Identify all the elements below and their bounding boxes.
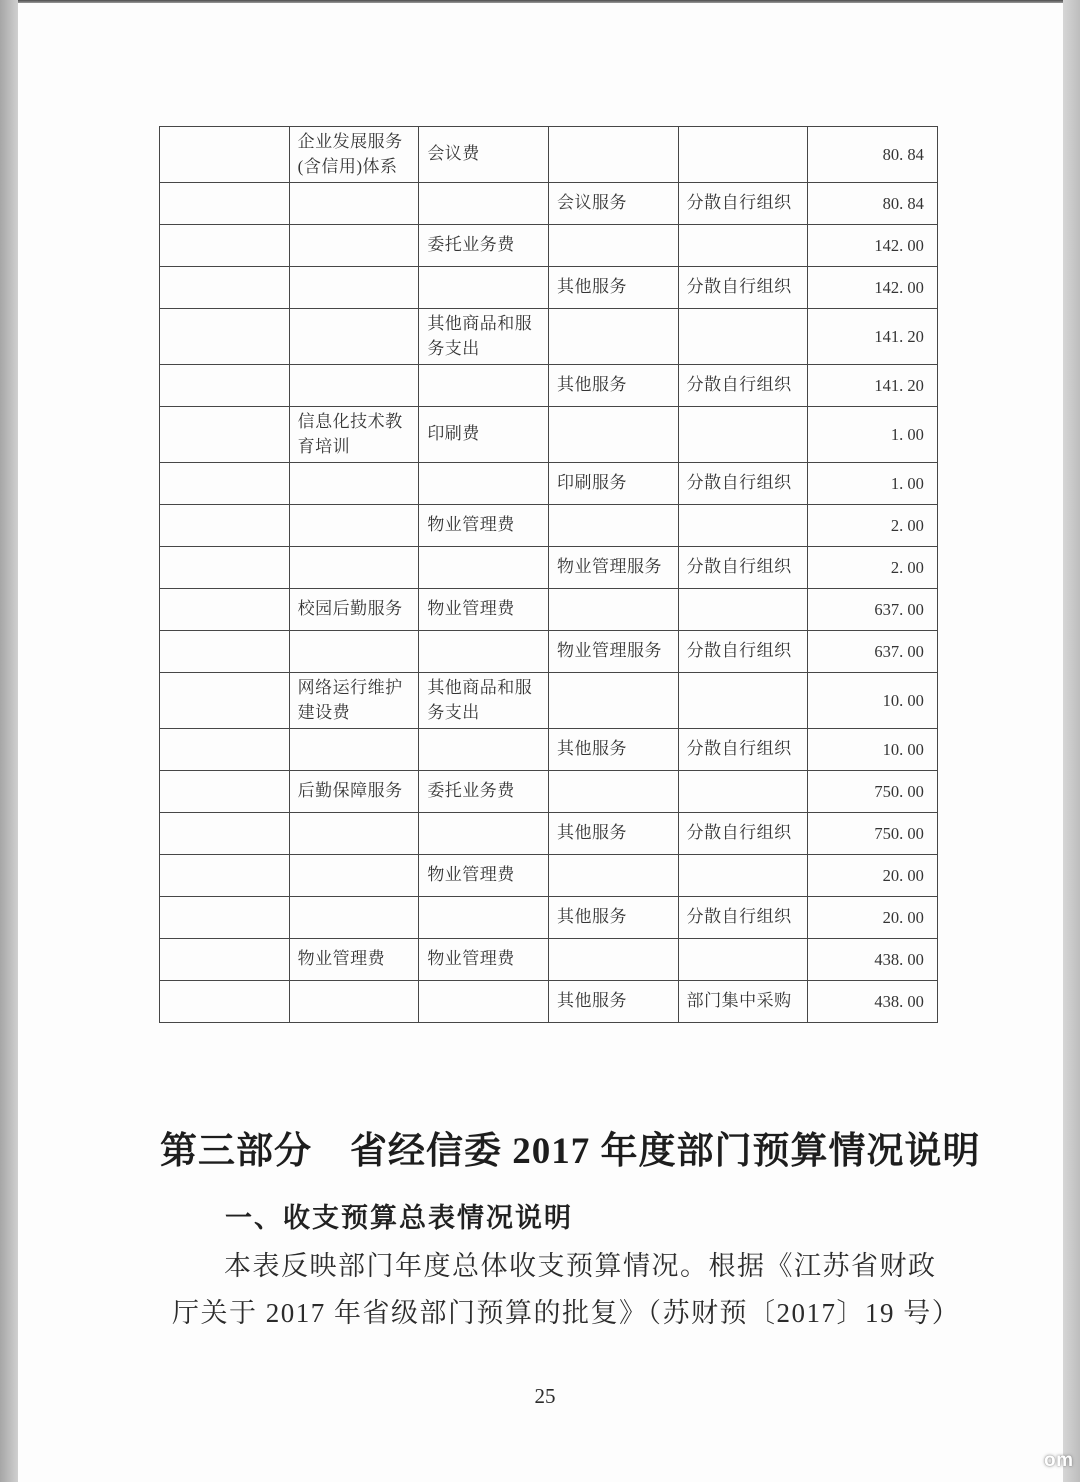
table-cell bbox=[289, 729, 419, 771]
table-cell bbox=[678, 407, 808, 463]
table-cell: 其他商品和服 务支出 bbox=[419, 673, 549, 729]
budget-table-body: 企业发展服务 (含信用)体系会议费80. 84会议服务分散自行组织80. 84委… bbox=[160, 127, 938, 1023]
table-cell bbox=[548, 673, 678, 729]
paragraph-line-2: 厅关于 2017 年省级部门预算的批复》（苏财预〔2017〕19 号） bbox=[172, 1290, 938, 1337]
watermark-text-fragment: om bbox=[1044, 1450, 1074, 1472]
table-row: 校园后勤服务物业管理费637. 00 bbox=[160, 589, 938, 631]
table-cell bbox=[419, 267, 549, 309]
table-cell bbox=[419, 897, 549, 939]
table-cell: 141. 20 bbox=[808, 365, 938, 407]
table-row: 后勤保障服务委托业务费750. 00 bbox=[160, 771, 938, 813]
table-cell: 750. 00 bbox=[808, 771, 938, 813]
table-cell: 142. 00 bbox=[808, 225, 938, 267]
table-cell: 分散自行组织 bbox=[678, 813, 808, 855]
table-cell bbox=[289, 365, 419, 407]
table-cell: 物业管理费 bbox=[289, 939, 419, 981]
table-cell: 分散自行组织 bbox=[678, 463, 808, 505]
table-cell bbox=[160, 981, 290, 1023]
table-cell bbox=[289, 981, 419, 1023]
table-cell bbox=[160, 127, 290, 183]
table-cell bbox=[160, 225, 290, 267]
table-cell bbox=[160, 897, 290, 939]
table-row: 其他商品和服 务支出141. 20 bbox=[160, 309, 938, 365]
table-cell bbox=[419, 463, 549, 505]
table-cell bbox=[419, 547, 549, 589]
table-cell: 141. 20 bbox=[808, 309, 938, 365]
table-cell: 其他服务 bbox=[548, 897, 678, 939]
table-row: 物业管理服务分散自行组织637. 00 bbox=[160, 631, 938, 673]
table-cell: 物业管理服务 bbox=[548, 547, 678, 589]
table-row: 物业管理费20. 00 bbox=[160, 855, 938, 897]
table-cell bbox=[678, 589, 808, 631]
table-cell: 分散自行组织 bbox=[678, 547, 808, 589]
document-page: 企业发展服务 (含信用)体系会议费80. 84会议服务分散自行组织80. 84委… bbox=[0, 0, 1080, 1482]
table-cell: 其他服务 bbox=[548, 365, 678, 407]
table-cell bbox=[678, 127, 808, 183]
table-cell bbox=[678, 673, 808, 729]
table-cell bbox=[160, 855, 290, 897]
table-cell bbox=[160, 589, 290, 631]
table-cell: 分散自行组织 bbox=[678, 897, 808, 939]
table-cell bbox=[160, 673, 290, 729]
table-row: 物业管理服务分散自行组织2. 00 bbox=[160, 547, 938, 589]
table-cell: 委托业务费 bbox=[419, 225, 549, 267]
budget-table: 企业发展服务 (含信用)体系会议费80. 84会议服务分散自行组织80. 84委… bbox=[159, 126, 938, 1023]
table-cell bbox=[548, 505, 678, 547]
table-cell bbox=[419, 183, 549, 225]
table-cell bbox=[678, 939, 808, 981]
table-cell bbox=[160, 771, 290, 813]
table-cell bbox=[419, 631, 549, 673]
table-row: 物业管理费物业管理费438. 00 bbox=[160, 939, 938, 981]
table-cell: 印刷费 bbox=[419, 407, 549, 463]
table-cell bbox=[160, 463, 290, 505]
table-cell: 其他商品和服 务支出 bbox=[419, 309, 549, 365]
table-cell bbox=[160, 407, 290, 463]
table-cell: 信息化技术教 育培训 bbox=[289, 407, 419, 463]
table-cell bbox=[548, 225, 678, 267]
table-cell: 分散自行组织 bbox=[678, 631, 808, 673]
table-cell bbox=[548, 407, 678, 463]
table-cell: 部门集中采购 bbox=[678, 981, 808, 1023]
table-cell bbox=[419, 365, 549, 407]
table-cell: 物业管理费 bbox=[419, 939, 549, 981]
table-cell bbox=[289, 897, 419, 939]
scan-edge-left bbox=[0, 0, 18, 1482]
table-cell: 80. 84 bbox=[808, 127, 938, 183]
table-cell: 637. 00 bbox=[808, 589, 938, 631]
table-cell bbox=[289, 309, 419, 365]
table-cell bbox=[160, 365, 290, 407]
table-cell: 10. 00 bbox=[808, 673, 938, 729]
table-cell: 1. 00 bbox=[808, 407, 938, 463]
table-cell: 438. 00 bbox=[808, 981, 938, 1023]
table-cell: 分散自行组织 bbox=[678, 365, 808, 407]
table-cell: 物业管理费 bbox=[419, 505, 549, 547]
table-cell bbox=[289, 855, 419, 897]
table-cell: 会议费 bbox=[419, 127, 549, 183]
table-cell: 物业管理费 bbox=[419, 855, 549, 897]
table-cell bbox=[548, 939, 678, 981]
table-row: 会议服务分散自行组织80. 84 bbox=[160, 183, 938, 225]
table-cell bbox=[160, 267, 290, 309]
table-cell: 会议服务 bbox=[548, 183, 678, 225]
table-cell bbox=[289, 813, 419, 855]
table-cell bbox=[289, 183, 419, 225]
table-cell bbox=[289, 463, 419, 505]
table-cell: 分散自行组织 bbox=[678, 183, 808, 225]
table-cell bbox=[419, 813, 549, 855]
table-row: 其他服务部门集中采购438. 00 bbox=[160, 981, 938, 1023]
table-cell: 其他服务 bbox=[548, 981, 678, 1023]
table-cell bbox=[419, 981, 549, 1023]
table-row: 企业发展服务 (含信用)体系会议费80. 84 bbox=[160, 127, 938, 183]
table-cell: 637. 00 bbox=[808, 631, 938, 673]
table-cell: 1. 00 bbox=[808, 463, 938, 505]
table-cell: 委托业务费 bbox=[419, 771, 549, 813]
table-cell: 网络运行维护 建设费 bbox=[289, 673, 419, 729]
table-row: 其他服务分散自行组织142. 00 bbox=[160, 267, 938, 309]
table-cell bbox=[548, 309, 678, 365]
table-row: 其他服务分散自行组织20. 00 bbox=[160, 897, 938, 939]
table-cell bbox=[160, 729, 290, 771]
table-cell bbox=[678, 771, 808, 813]
table-cell: 80. 84 bbox=[808, 183, 938, 225]
table-cell: 分散自行组织 bbox=[678, 267, 808, 309]
table-cell bbox=[678, 505, 808, 547]
table-cell bbox=[678, 855, 808, 897]
table-cell: 分散自行组织 bbox=[678, 729, 808, 771]
table-cell bbox=[419, 729, 549, 771]
table-cell bbox=[160, 309, 290, 365]
table-cell bbox=[548, 855, 678, 897]
table-cell: 2. 00 bbox=[808, 547, 938, 589]
table-row: 其他服务分散自行组织141. 20 bbox=[160, 365, 938, 407]
table-cell: 438. 00 bbox=[808, 939, 938, 981]
section-subtitle: 一、收支预算总表情况说明 bbox=[225, 1196, 573, 1235]
table-row: 信息化技术教 育培训印刷费1. 00 bbox=[160, 407, 938, 463]
table-cell: 其他服务 bbox=[548, 729, 678, 771]
table-row: 其他服务分散自行组织750. 00 bbox=[160, 813, 938, 855]
table-cell: 20. 00 bbox=[808, 897, 938, 939]
table-cell: 校园后勤服务 bbox=[289, 589, 419, 631]
table-cell bbox=[289, 267, 419, 309]
table-cell bbox=[289, 547, 419, 589]
table-cell: 20. 00 bbox=[808, 855, 938, 897]
table-cell bbox=[160, 813, 290, 855]
table-cell: 其他服务 bbox=[548, 813, 678, 855]
table-row: 其他服务分散自行组织10. 00 bbox=[160, 729, 938, 771]
table-cell bbox=[548, 589, 678, 631]
table-row: 印刷服务分散自行组织1. 00 bbox=[160, 463, 938, 505]
page-number: 25 bbox=[156, 1384, 934, 1409]
table-cell bbox=[160, 505, 290, 547]
table-cell: 印刷服务 bbox=[548, 463, 678, 505]
table-cell bbox=[678, 309, 808, 365]
table-cell bbox=[289, 505, 419, 547]
table-cell: 10. 00 bbox=[808, 729, 938, 771]
table-cell: 2. 00 bbox=[808, 505, 938, 547]
table-cell bbox=[289, 225, 419, 267]
table-cell bbox=[289, 631, 419, 673]
table-row: 网络运行维护 建设费其他商品和服 务支出10. 00 bbox=[160, 673, 938, 729]
table-cell bbox=[160, 631, 290, 673]
table-row: 委托业务费142. 00 bbox=[160, 225, 938, 267]
table-cell bbox=[160, 183, 290, 225]
table-cell: 后勤保障服务 bbox=[289, 771, 419, 813]
table-cell bbox=[160, 939, 290, 981]
table-cell: 142. 00 bbox=[808, 267, 938, 309]
scan-edge-right bbox=[1063, 0, 1080, 1482]
table-cell: 物业管理费 bbox=[419, 589, 549, 631]
scan-edge-top-line bbox=[18, 0, 1063, 3]
table-cell: 其他服务 bbox=[548, 267, 678, 309]
table-cell bbox=[678, 225, 808, 267]
table-cell: 750. 00 bbox=[808, 813, 938, 855]
section-title: 第三部分 省经信委 2017 年度部门预算情况说明 bbox=[160, 1120, 938, 1174]
paragraph-line-1: 本表反映部门年度总体收支预算情况。根据《江苏省财政 bbox=[172, 1243, 938, 1290]
table-cell: 物业管理服务 bbox=[548, 631, 678, 673]
table-cell: 企业发展服务 (含信用)体系 bbox=[289, 127, 419, 183]
table-cell bbox=[548, 771, 678, 813]
table-cell bbox=[548, 127, 678, 183]
body-paragraph: 本表反映部门年度总体收支预算情况。根据《江苏省财政 厅关于 2017 年省级部门… bbox=[172, 1243, 938, 1337]
table-cell bbox=[160, 547, 290, 589]
table-row: 物业管理费2. 00 bbox=[160, 505, 938, 547]
